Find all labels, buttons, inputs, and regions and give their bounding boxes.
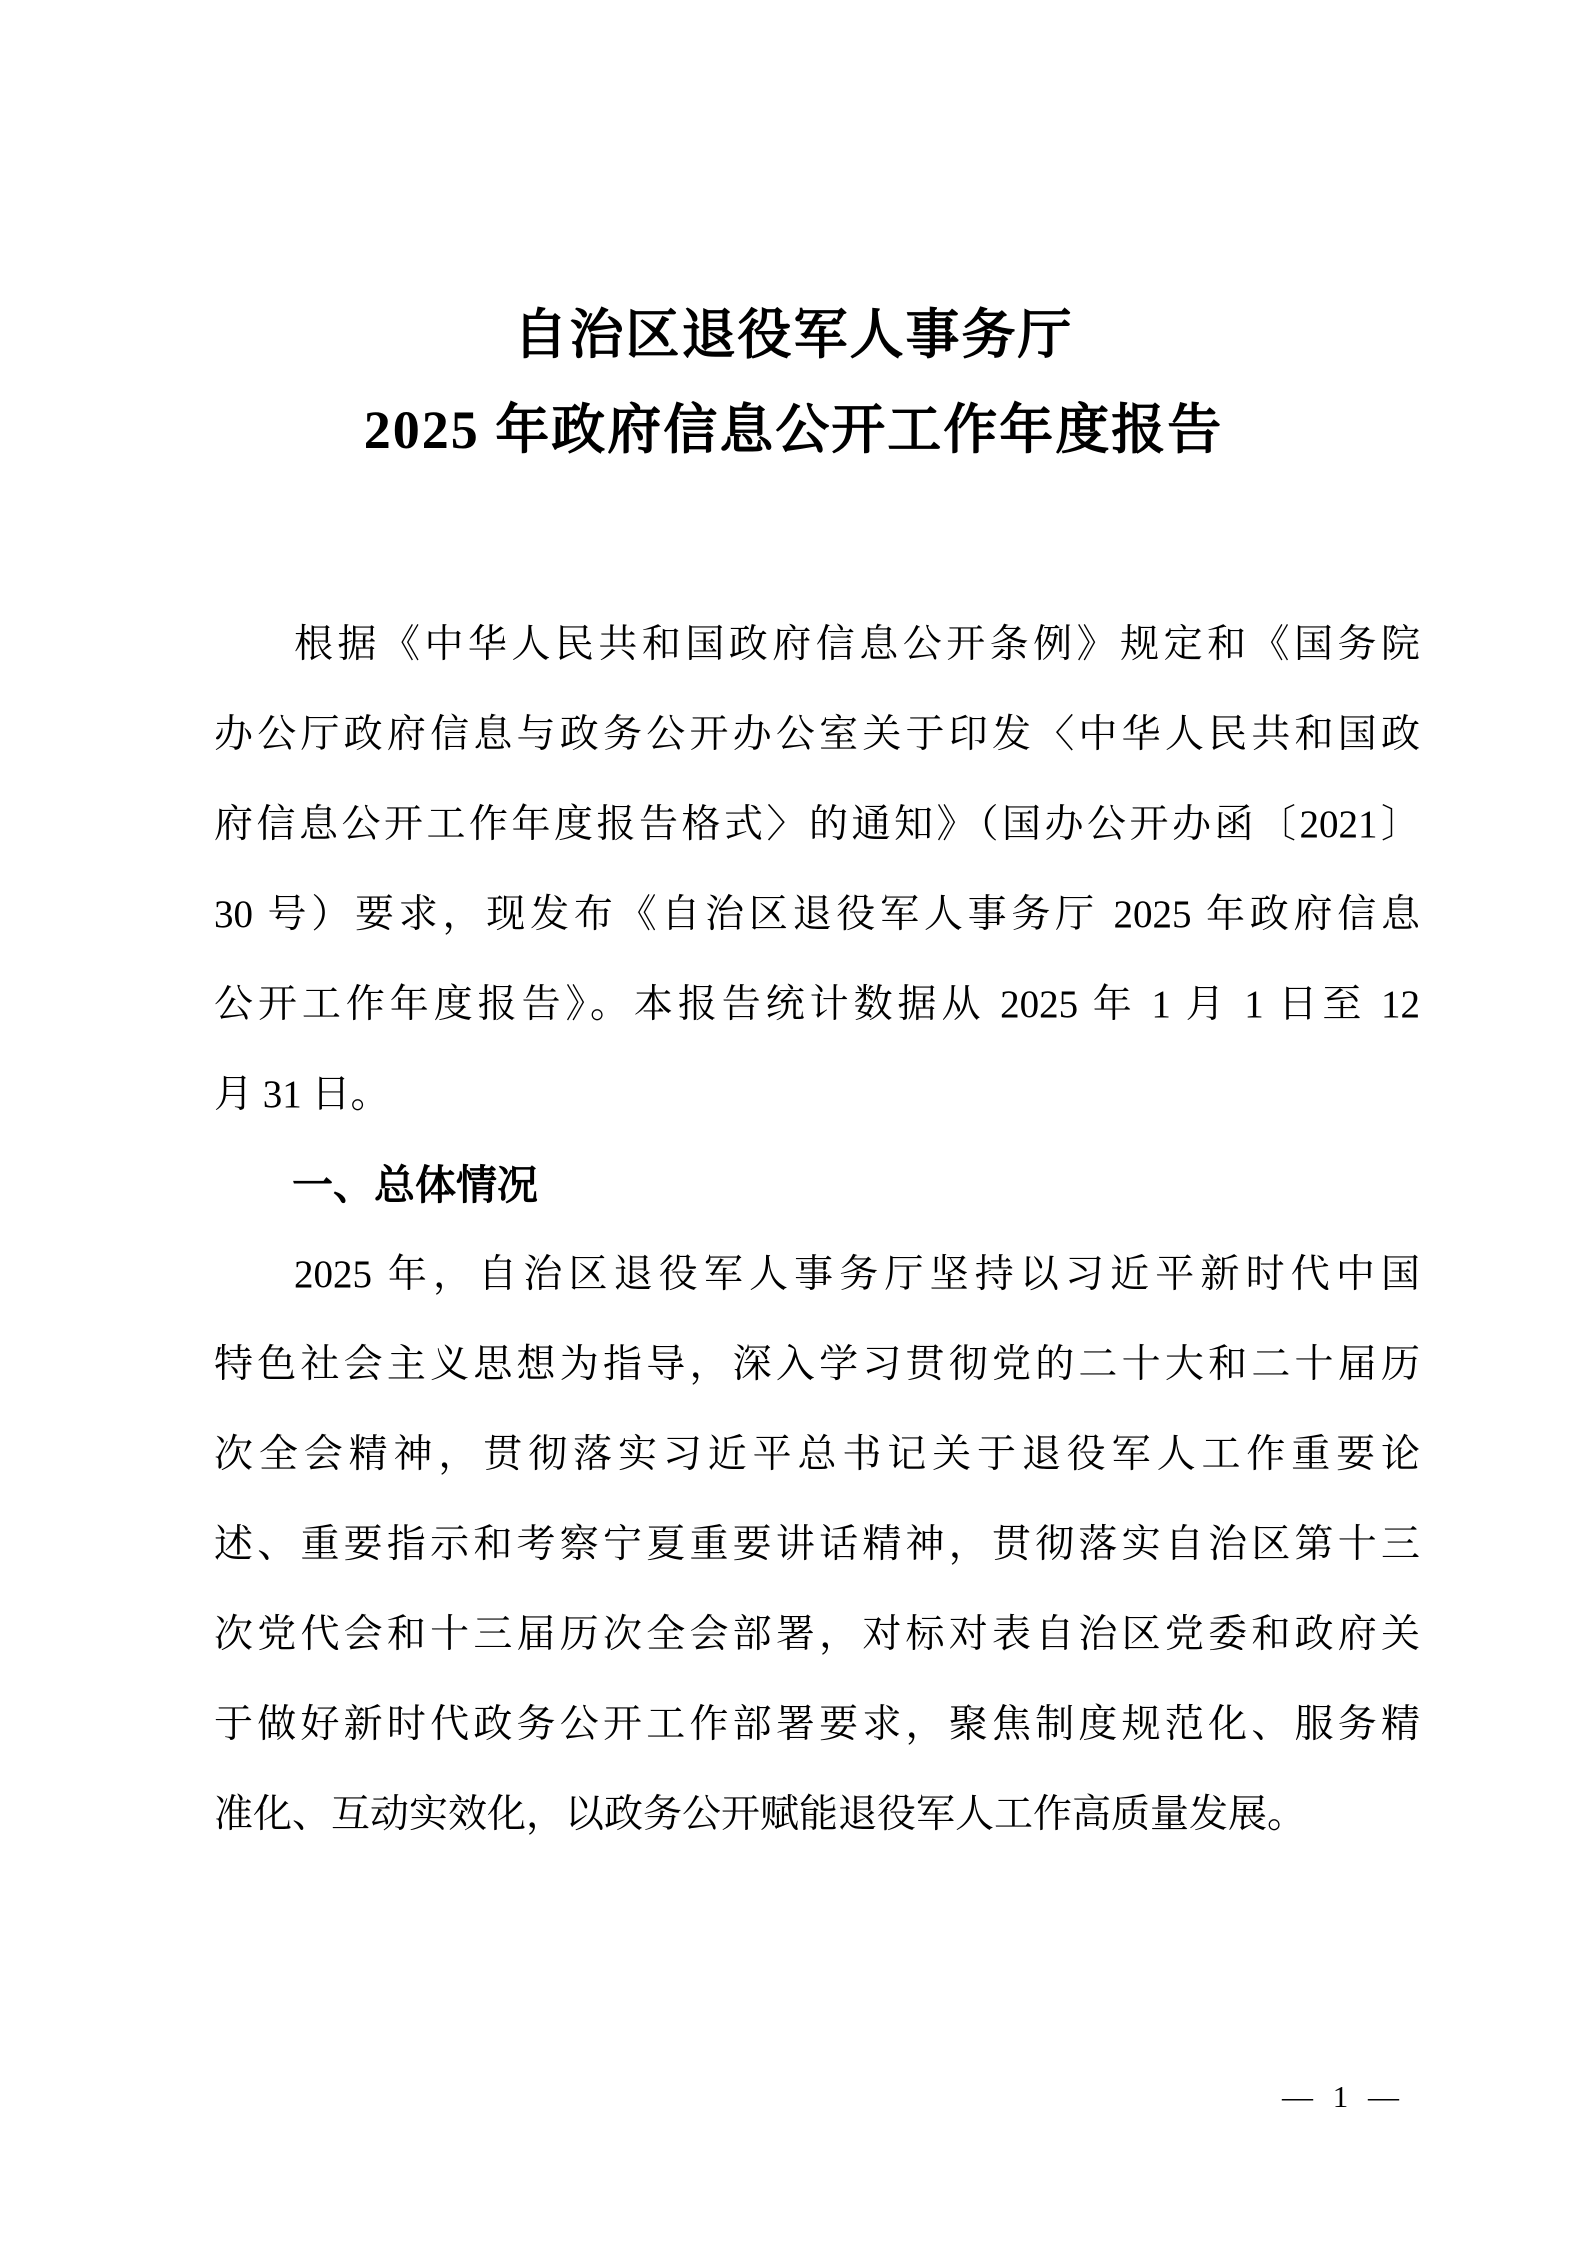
text-line: 月 31 日。	[214, 1050, 1420, 1140]
text-line: 于做好新时代政务公开工作部署要求，聚焦制度规范化、服务精	[214, 1680, 1420, 1770]
page-footer: — 1 —	[1282, 2076, 1405, 2118]
text-line: 府信息公开工作年度报告格式〉的通知》（国办公开办函〔2021〕	[214, 780, 1420, 870]
text-line: 述、重要指示和考察宁夏重要讲话精神，贯彻落实自治区第十三	[214, 1500, 1420, 1590]
text-line: 次党代会和十三届历次全会部署，对标对表自治区党委和政府关	[214, 1590, 1420, 1680]
text-line: 30 号）要求，现发布《自治区退役军人事务厅 2025 年政府信息	[214, 870, 1420, 960]
document-title-line-2: 2025 年政府信息公开工作年度报告	[0, 383, 1587, 478]
text-line: 办公厅政府信息与政务公开办公室关于印发〈中华人民共和国政	[214, 690, 1420, 780]
text-line: 特色社会主义思想为指导，深入学习贯彻党的二十大和二十届历	[214, 1320, 1420, 1410]
text-line: 公开工作年度报告》。本报告统计数据从 2025 年 1 月 1 日至 12	[214, 960, 1420, 1050]
paragraph: 2025 年，自治区退役军人事务厅坚持以习近平新时代中国特色社会主义思想为指导，…	[214, 1230, 1420, 1860]
text-line: 2025 年，自治区退役军人事务厅坚持以习近平新时代中国	[214, 1230, 1420, 1320]
document-page: 自治区退役军人事务厅 2025 年政府信息公开工作年度报告 根据《中华人民共和国…	[0, 0, 1587, 2245]
paragraph: 根据《中华人民共和国政府信息公开条例》规定和《国务院办公厅政府信息与政务公开办公…	[214, 600, 1420, 1140]
text-line: 准化、互动实效化，以政务公开赋能退役军人工作高质量发展。	[214, 1770, 1420, 1860]
document-body: 根据《中华人民共和国政府信息公开条例》规定和《国务院办公厅政府信息与政务公开办公…	[214, 600, 1420, 1860]
page-number: — 1 —	[1282, 2079, 1405, 2114]
document-title: 自治区退役军人事务厅 2025 年政府信息公开工作年度报告	[0, 0, 1587, 478]
document-title-line-1: 自治区退役军人事务厅	[0, 288, 1587, 383]
text-line: 根据《中华人民共和国政府信息公开条例》规定和《国务院	[214, 600, 1420, 690]
text-line: 次全会精神，贯彻落实习近平总书记关于退役军人工作重要论	[214, 1410, 1420, 1500]
section-heading: 一、总体情况	[214, 1140, 1420, 1230]
